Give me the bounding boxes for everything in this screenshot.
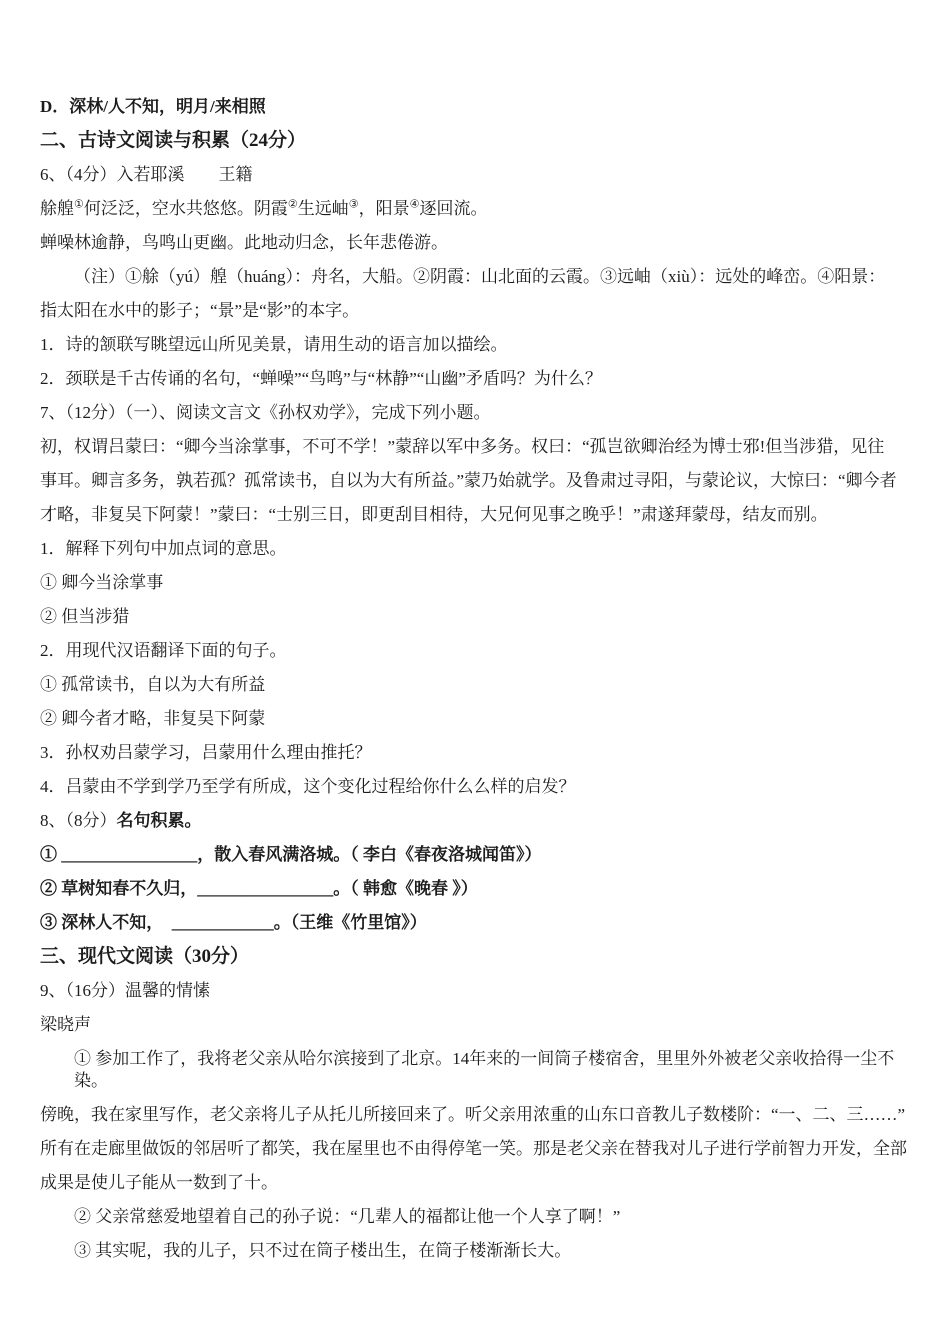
poem-text-segment: 生远岫	[298, 199, 349, 218]
circled-2-superscript: ②	[288, 198, 298, 210]
question-7-sub-1: 1．解释下列句中加点词的意思。	[40, 538, 920, 560]
classical-passage-line: 初，权谓吕蒙曰：“卿今当涂掌事，不可不学！”蒙辞以军中多务。权曰：“孤岂欲卿治经…	[40, 436, 920, 458]
section-2-heading: 二、古诗文阅读与积累（24分）	[40, 130, 920, 152]
fill-blank-item-2: ② 草树知春不久归，________________。（ 韩愈《晚春 》）	[40, 878, 920, 900]
choice-option-d: D．深林/人不知，明月/来相照	[40, 96, 920, 118]
circled-1-superscript: ①	[74, 198, 84, 210]
essay-paragraph-3: ③ 其实呢，我的儿子，只不过在筒子楼出生，在筒子楼渐渐长大。	[40, 1240, 920, 1262]
essay-paragraph-1-line-3: 所有在走廊里做饭的邻居听了都笑，我在屋里也不由得停笔一笑。那是老父亲在替我对儿子…	[40, 1138, 920, 1160]
question-6-sub-2: 2．颈联是千古传诵的名句，“蝉噪”“鸟鸣”与“林静”“山幽”矛盾吗？为什么？	[40, 368, 920, 390]
question-7-sub-2-item-1: ① 孤常读书，自以为大有所益	[40, 674, 920, 696]
essay-author: 梁晓声	[40, 1014, 920, 1036]
classical-passage-line: 事耳。卿言多务，孰若孤？孤常读书，自以为大有所益。”蒙乃始就学。及鲁肃过寻阳，与…	[40, 470, 920, 492]
poem-line-1: 艅艎①何泛泛，空水共悠悠。阴霞②生远岫③，阳景④逐回流。	[40, 198, 920, 220]
poem-note-line-2: 指太阳在水中的影子；“景”是“影”的本字。	[40, 300, 920, 322]
essay-paragraph-1-line-2: 傍晚，我在家里写作，老父亲将儿子从托儿所接回来了。听父亲用浓重的山东口音教儿子数…	[40, 1104, 920, 1126]
poem-text-segment: 艅艎	[40, 199, 74, 218]
poem-text-segment: ，阳景	[359, 199, 410, 218]
question-9-intro: 9、（16分）温馨的情愫	[40, 980, 920, 1002]
question-7-sub-2-item-2: ② 卿今者才略，非复吴下阿蒙	[40, 708, 920, 730]
question-7-sub-2: 2．用现代汉语翻译下面的句子。	[40, 640, 920, 662]
poem-note-line-1: （注）①艅（yú）艎（huáng）：舟名，大船。②阴霞：山北面的云霞。③远岫（x…	[40, 266, 920, 288]
question-7-sub-1-item-2: ② 但当涉猎	[40, 606, 920, 628]
classical-passage-line: 才略，非复吴下阿蒙！”蒙曰：“士别三日，即更刮目相待，大兄何见事之晚乎！”肃遂拜…	[40, 504, 920, 526]
question-8-number: 8、（8分）	[40, 811, 117, 830]
poem-line-2: 蝉噪林逾静，鸟鸣山更幽。此地动归念，长年悲倦游。	[40, 232, 920, 254]
question-7-sub-3: 3．孙权劝吕蒙学习，吕蒙用什么理由推托？	[40, 742, 920, 764]
question-8-intro: 8、（8分）名句积累。	[40, 810, 920, 832]
question-7-sub-4: 4．吕蒙由不学到学乃至学有所成，这个变化过程给你什么么样的启发？	[40, 776, 920, 798]
question-6-intro: 6、（4分）入若耶溪 王籍	[40, 164, 920, 186]
question-7-intro: 7、（12分）（一）、阅读文言文《孙权劝学》，完成下列小题。	[40, 402, 920, 424]
fill-blank-item-1: ① ________________，散入春风满洛城。（ 李白《春夜洛城闻笛》）	[40, 844, 920, 866]
exam-paper-page: D．深林/人不知，明月/来相照 二、古诗文阅读与积累（24分） 6、（4分）入若…	[0, 0, 950, 1344]
question-6-sub-1: 1．诗的颔联写眺望远山所见美景，请用生动的语言加以描绘。	[40, 334, 920, 356]
essay-paragraph-2: ② 父亲常慈爱地望着自己的孙子说：“几辈人的福都让他一个人享了啊！”	[40, 1206, 920, 1228]
fill-blank-item-3: ③ 深林人不知， ____________。（王维《竹里馆》）	[40, 912, 920, 934]
circled-3-superscript: ③	[349, 198, 359, 210]
question-7-sub-1-item-1: ① 卿今当涂掌事	[40, 572, 920, 594]
section-3-heading: 三、现代文阅读（30分）	[40, 946, 920, 968]
essay-paragraph-1-line-1: ① 参加工作了，我将老父亲从哈尔滨接到了北京。14年来的一间筒子楼宿舍，里里外外…	[40, 1048, 920, 1092]
poem-text-segment: 逐回流。	[420, 199, 488, 218]
poem-text-segment: 何泛泛，空水共悠悠。阴霞	[84, 199, 288, 218]
question-8-title: 名句积累。	[117, 811, 202, 830]
circled-4-superscript: ④	[410, 198, 420, 210]
essay-paragraph-1-line-4: 成果是使儿子能从一数到了十。	[40, 1172, 920, 1194]
